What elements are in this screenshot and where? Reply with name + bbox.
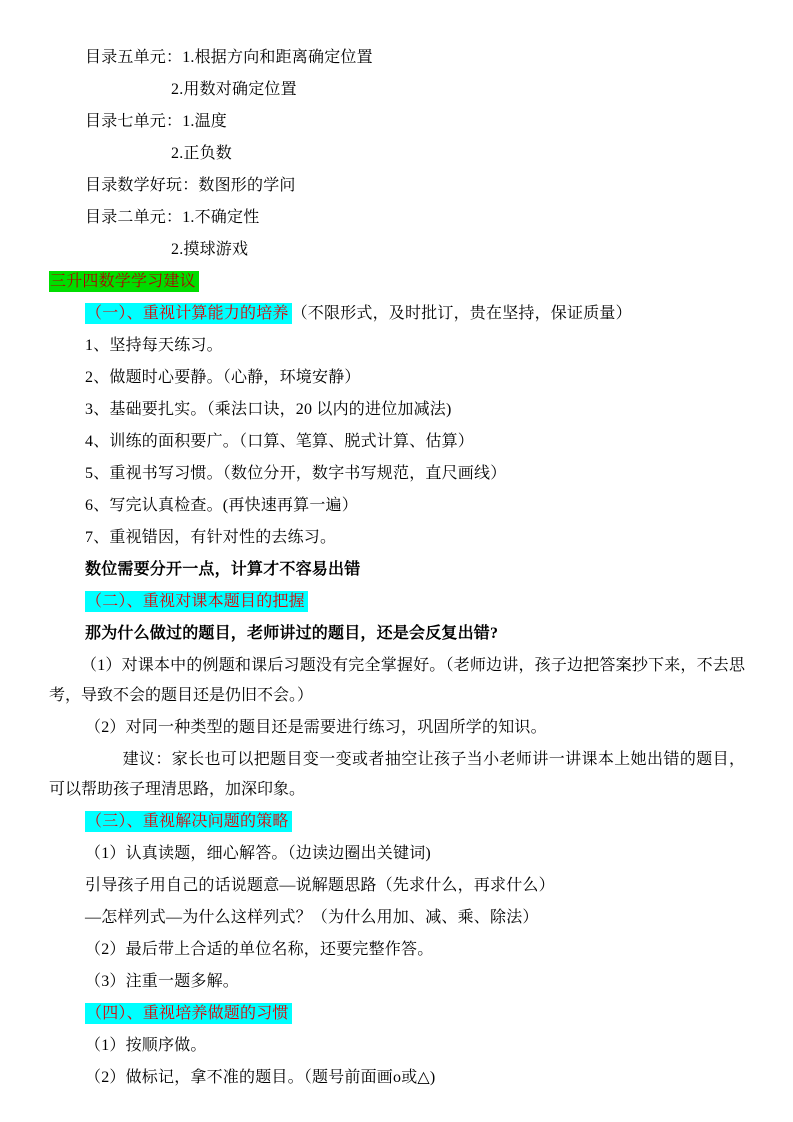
section1-item-2: 2、做题时心要静。（心静，环境安静）: [85, 362, 745, 394]
section4-heading: （四）、重视培养做题的习惯: [85, 998, 745, 1030]
section3-point-1: （1）认真读题，细心解答。（边读边圈出关键词): [85, 838, 745, 870]
document-page: 目录五单元：1.根据方向和距离确定位置 2.用数对确定位置 目录七单元：1.温度…: [0, 0, 793, 1122]
section1-heading: （一）、重视计算能力的培养（不限形式，及时批订，贵在坚持，保证质量）: [85, 298, 745, 330]
section3-heading: （三）、重视解决问题的策略: [85, 806, 745, 838]
catalog-unit5-line2: 2.用数对确定位置: [171, 74, 745, 106]
section1-item-3: 3、基础要扎实。（乘法口诀，20 以内的进位加减法): [85, 394, 745, 426]
section4-point-2: （2）做标记，拿不准的题目。（题号前面画o或△): [85, 1062, 745, 1094]
main-heading: 三升四数学学习建议: [49, 266, 745, 298]
catalog-unit7-line1: 目录七单元：1.温度: [85, 106, 745, 138]
section3-heading-highlight: （三）、重视解决问题的策略: [85, 811, 292, 832]
catalog-unit5-line1: 目录五单元：1.根据方向和距离确定位置: [85, 42, 745, 74]
section3-point-2: （2）最后带上合适的单位名称，还要完整作答。: [85, 934, 745, 966]
section2-heading: （二）、重视对课本题目的把握: [85, 586, 745, 618]
section1-item-1: 1、坚持每天练习。: [85, 330, 745, 362]
catalog-math-fun: 目录数学好玩：数图形的学问: [85, 170, 745, 202]
section1-item-5: 5、重视书写习惯。（数位分开，数字书写规范，直尺画线）: [85, 458, 745, 490]
section1-item-6: 6、写完认真检查。(再快速再算一遍）: [85, 490, 745, 522]
section1-heading-note: （不限形式，及时批订，贵在坚持，保证质量）: [292, 305, 632, 322]
section2-heading-highlight: （二）、重视对课本题目的把握: [85, 591, 308, 612]
section1-heading-highlight: （一）、重视计算能力的培养: [85, 303, 292, 324]
section3-guide-line2: —怎样列式—为什么这样列式？（为什么用加、减、乘、除法）: [85, 902, 745, 934]
main-heading-highlight: 三升四数学学习建议: [49, 271, 199, 292]
section2-point-1: （1）对课本中的例题和课后习题没有完全掌握好。（老师边讲，孩子边把答案抄下来，不…: [49, 651, 745, 711]
section4-point-1: （1）按顺序做。: [85, 1030, 745, 1062]
section2-advice: 建议：家长也可以把题目变一变或者抽空让孩子当小老师讲一讲课本上她出错的题目，可以…: [49, 745, 745, 805]
catalog-unit2-line2: 2.摸球游戏: [171, 234, 745, 266]
section2-point-2: （2）对同一种类型的题目还是需要进行练习，巩固所学的知识。: [85, 712, 745, 744]
section1-item-4: 4、训练的面积要广。（口算、笔算、脱式计算、估算）: [85, 426, 745, 458]
section1-item-7: 7、重视错因，有针对性的去练习。: [85, 522, 745, 554]
section3-guide-line1: 引导孩子用自己的话说题意—说解题思路（先求什么，再求什么）: [85, 870, 745, 902]
section2-question: 那为什么做过的题目，老师讲过的题目，还是会反复出错?: [85, 618, 745, 650]
section3-point-3: （3）注重一题多解。: [85, 966, 745, 998]
section4-heading-highlight: （四）、重视培养做题的习惯: [85, 1003, 292, 1024]
catalog-unit2-line1: 目录二单元：1.不确定性: [85, 202, 745, 234]
catalog-unit7-line2: 2.正负数: [171, 138, 745, 170]
section1-emphasis-note: 数位需要分开一点，计算才不容易出错: [85, 554, 745, 586]
